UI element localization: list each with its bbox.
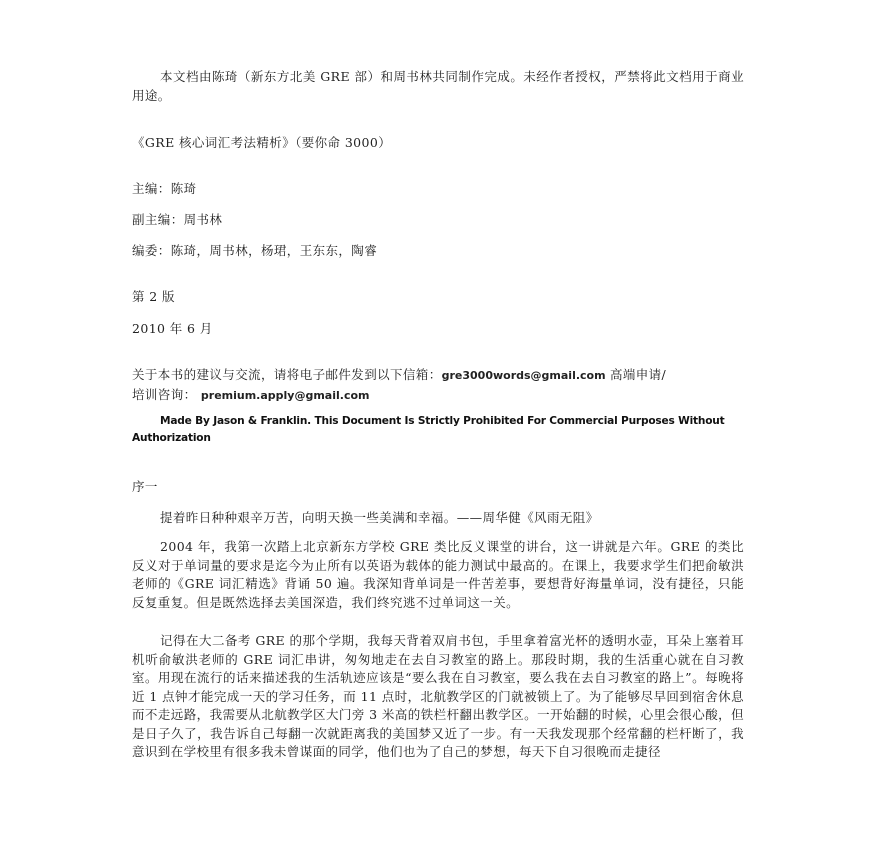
preface-paragraph-2: 记得在大二备考 GRE 的那个学期，我每天背着双肩书包，手里拿着富光杯的透明水壶…	[132, 632, 744, 762]
contact-suffix: 高端申请/	[610, 367, 666, 382]
editorial-board: 编委：陈琦，周书林，杨珺，王东东，陶睿	[132, 242, 742, 260]
chief-editor: 主编：陈琦	[132, 180, 742, 198]
premium-email[interactable]: premium.apply@gmail.com	[201, 389, 370, 402]
contact-prefix: 关于本书的建议与交流，请将电子邮件发到以下信箱：	[132, 367, 442, 382]
copyright-notice: 本文档由陈琦（新东方北美 GRE 部）和周书林共同制作完成。未经作者授权，严禁将…	[132, 68, 744, 105]
contact-info: 关于本书的建议与交流，请将电子邮件发到以下信箱：gre3000words@gma…	[132, 366, 744, 405]
deputy-editor: 副主编：周书林	[132, 211, 742, 229]
preface-heading: 序一	[132, 478, 742, 496]
premium-prefix: 培训咨询：	[132, 387, 197, 402]
edition: 第 2 版	[132, 288, 742, 306]
publication-date: 2010 年 6 月	[132, 320, 742, 338]
feedback-email[interactable]: gre3000words@gmail.com	[442, 369, 606, 382]
epigraph: 提着昨日种种艰辛万苦，向明天换一些美满和幸福。——周华健《风雨无阻》	[132, 509, 742, 527]
english-notice: Made By Jason & Franklin. This Document …	[132, 413, 744, 447]
preface-paragraph-1: 2004 年，我第一次踏上北京新东方学校 GRE 类比反义课堂的讲台，这一讲就是…	[132, 538, 744, 612]
book-title: 《GRE 核心词汇考法精析》（要你命 3000）	[132, 134, 742, 152]
document-page: 本文档由陈琦（新东方北美 GRE 部）和周书林共同制作完成。未经作者授权，严禁将…	[0, 0, 870, 842]
